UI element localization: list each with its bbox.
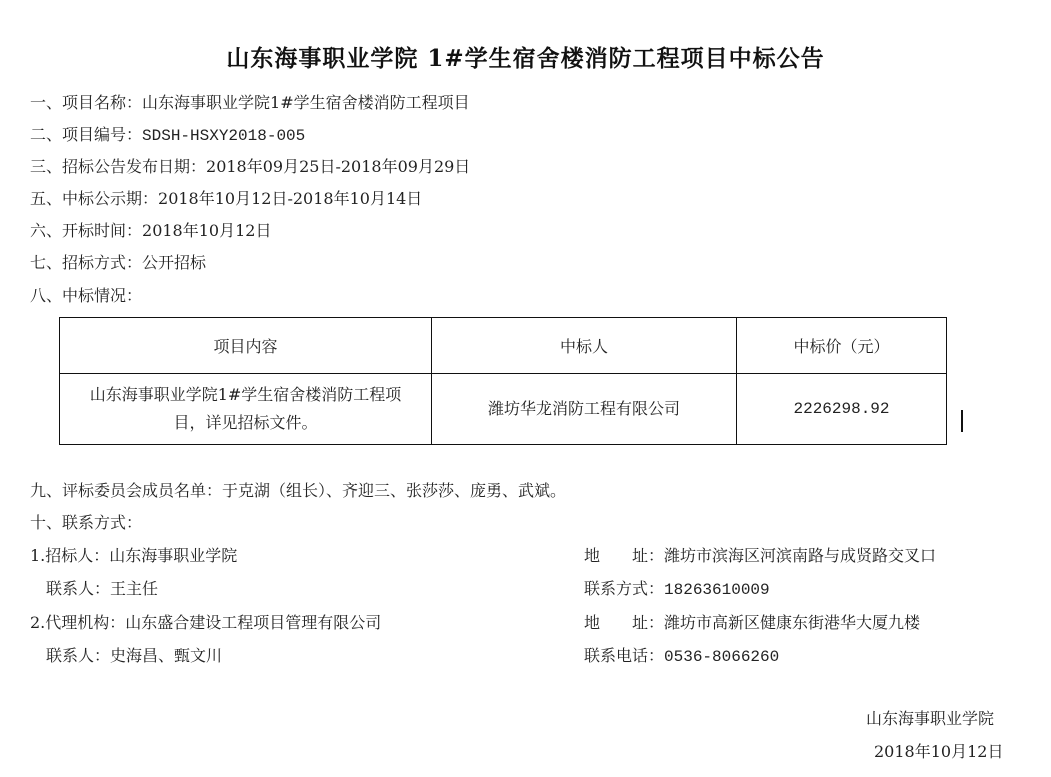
page-title: 山东海事职业学院 1#学生宿舍楼消防工程项目中标公告 [0,40,1051,73]
item-value: SDSH-HSXY2018-005 [142,127,305,145]
committee-members: 九、评标委员会成员名单：于克湖（组长）、齐迎三、张莎莎、庞勇、武斌。 [30,478,566,501]
tenderer: 1.招标人：山东海事职业学院 [30,543,237,566]
award-table: 项目内容 中标人 中标价（元） 山东海事职业学院1#学生宿舍楼消防工程项 目，详… [59,317,947,445]
agency-phone: 联系电话：0536-8066260 [584,643,779,666]
contact-heading: 十、联系方式： [30,510,142,533]
phone-label: 联系方式： [584,579,664,598]
item-publicity-period: 五、中标公示期：2018年10月12日-2018年10月14日 [30,186,422,209]
header-content: 项目内容 [60,318,432,374]
org-value: 山东盛合建设工程项目管理有限公司 [125,613,381,632]
addr-value: 潍坊市滨海区河滨南路与成贤路交叉口 [664,546,936,565]
header-winner: 中标人 [432,318,737,374]
item-bidding-method: 七、招标方式：公开招标 [30,250,206,273]
item-label: 三、招标公告发布日期： [30,157,206,176]
item-label: 八、中标情况： [30,286,142,305]
item-announcement-dates: 三、招标公告发布日期：2018年09月25日-2018年09月29日 [30,154,470,177]
item-value: 山东海事职业学院1#学生宿舍楼消防工程项目 [142,93,470,112]
table-header-row: 项目内容 中标人 中标价（元） [60,318,947,374]
item-label: 七、招标方式： [30,253,142,272]
cell-content: 山东海事职业学院1#学生宿舍楼消防工程项 目，详见招标文件。 [60,374,432,445]
org-label: 2.代理机构： [30,613,125,632]
person-label: 联系人： [46,579,110,598]
item-award-status: 八、中标情况： [30,283,142,306]
item-label: 六、开标时间： [30,221,142,240]
addr-value: 潍坊市高新区健康东街港华大厦九楼 [664,613,920,632]
committee-label: 九、评标委员会成员名单： [30,481,222,500]
person-value: 王主任 [110,579,158,598]
cell-content-line2: 目，详见招标文件。 [72,409,419,437]
item-value: 2018年10月12日 [142,221,271,240]
item-label: 一、项目名称： [30,93,142,112]
agency: 2.代理机构：山东盛合建设工程项目管理有限公司 [30,610,381,633]
phone-label: 联系电话： [584,646,664,665]
table-row: 山东海事职业学院1#学生宿舍楼消防工程项 目，详见招标文件。 潍坊华龙消防工程有… [60,374,947,445]
tenderer-address: 地 址：潍坊市滨海区河滨南路与成贤路交叉口 [584,543,936,566]
org-value: 山东海事职业学院 [109,546,237,565]
committee-value: 于克湖（组长）、齐迎三、张莎莎、庞勇、武斌。 [222,481,566,500]
cell-price: 2226298.92 [737,374,947,445]
phone-value: 0536-8066260 [664,648,779,666]
item-label: 五、中标公示期： [30,189,158,208]
text-cursor [961,410,963,432]
item-project-name: 一、项目名称：山东海事职业学院1#学生宿舍楼消防工程项目 [30,90,470,113]
item-project-number: 二、项目编号：SDSH-HSXY2018-005 [30,122,305,145]
signature-date: 2018年10月12日 [874,739,1003,762]
header-price: 中标价（元） [737,318,947,374]
tenderer-phone: 联系方式：18263610009 [584,576,770,599]
item-bid-opening-time: 六、开标时间：2018年10月12日 [30,218,271,241]
cell-content-line1: 山东海事职业学院1#学生宿舍楼消防工程项 [72,381,419,409]
agency-contact-person: 联系人：史海昌、甄文川 [46,643,222,666]
item-value: 公开招标 [142,253,206,272]
addr-label: 地 址： [584,613,664,632]
item-label: 二、项目编号： [30,125,142,144]
tenderer-contact-person: 联系人：王主任 [46,576,158,599]
item-value: 2018年10月12日-2018年10月14日 [158,189,422,208]
cell-winner: 潍坊华龙消防工程有限公司 [432,374,737,445]
signature-org: 山东海事职业学院 [866,706,994,729]
person-label: 联系人： [46,646,110,665]
phone-value: 18263610009 [664,581,770,599]
item-value: 2018年09月25日-2018年09月29日 [206,157,470,176]
person-value: 史海昌、甄文川 [110,646,222,665]
addr-label: 地 址： [584,546,664,565]
agency-address: 地 址：潍坊市高新区健康东街港华大厦九楼 [584,610,920,633]
org-label: 1.招标人： [30,546,109,565]
